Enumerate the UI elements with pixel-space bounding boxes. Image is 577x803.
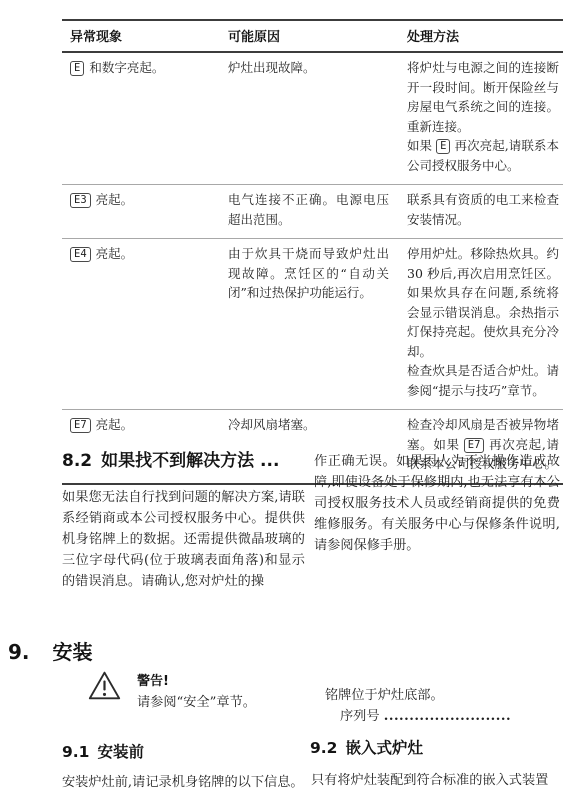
section-8-2: 8.2如果找不到解决方法 ... 如果您无法自行找到问题的解决方案,请联系经销商… <box>62 446 560 592</box>
warning-label: 警告! <box>137 670 256 689</box>
cause-cell: 电气连接不正确。电源电压超出范围。 <box>220 185 399 239</box>
section-title: 如果找不到解决方法 ... <box>101 451 279 471</box>
error-code-badge: E4 <box>70 247 91 262</box>
section-8-2-right-column: 作正确无误。如果因人为不当操作造成故障,即使设备处于保修期内,也无法享有本公司授… <box>314 446 560 592</box>
method-paragraph: 如果E再次亮起,请联系本公司授权服务中心。 <box>407 136 559 175</box>
serial-number-line: 序列号 ......................... <box>340 705 511 724</box>
serial-number-dotted-line: ......................... <box>384 709 511 724</box>
section-title: 嵌入式炉灶 <box>345 739 423 757</box>
method-cell: 联系具有资质的电工来检查安装情况。 <box>399 185 563 239</box>
section-9-2-text: 只有将炉灶装配到符合标准的嵌入式装置 <box>311 769 548 788</box>
chapter-title: 安装 <box>53 640 93 664</box>
symptom-text: 亮起。 <box>96 417 134 432</box>
column-header-method: 处理方法 <box>399 20 563 52</box>
manual-page: 异常现象 可能原因 处理方法 E和数字亮起。 炉灶出现故障。 将炉灶与电源之间的… <box>0 0 577 803</box>
serial-number-label: 序列号 <box>340 709 380 724</box>
section-9-2-heading: 9.2嵌入式炉灶 <box>310 736 423 758</box>
section-9-1-text: 安装炉灶前,请记录机身铭牌的以下信息。 <box>62 771 304 790</box>
error-code-badge: E3 <box>70 193 91 208</box>
method-cell: 停用炉灶。移除热炊具。约 30 秒后,再次启用烹饪区。如果炊具存在问题,系统将会… <box>399 239 563 410</box>
table-row: E3亮起。 电气连接不正确。电源电压超出范围。 联系具有资质的电工来检查安装情况… <box>62 185 563 239</box>
symptom-text: 亮起。 <box>96 246 134 261</box>
warning-triangle-icon <box>88 670 121 701</box>
symptom-cell: E4亮起。 <box>62 239 220 410</box>
section-9-1-heading: 9.1安装前 <box>62 740 144 762</box>
table-header-row: 异常现象 可能原因 处理方法 <box>62 20 563 52</box>
cause-cell: 由于炊具干烧而导致炉灶出现故障。烹饪区的“自动关闭”和过热保护功能运行。 <box>220 239 399 410</box>
chapter-number: 9. <box>8 640 30 664</box>
error-code-badge: E7 <box>70 418 91 433</box>
section-8-2-text-right: 作正确无误。如果因人为不当操作造成故障,即使设备处于保修期内,也无法享有本公司授… <box>314 451 560 556</box>
section-number: 8.2 <box>62 451 92 471</box>
symptom-text: 和数字亮起。 <box>89 60 164 75</box>
method-paragraph: 检查炊具是否适合炉灶。请参阅“提示与技巧”章节。 <box>407 361 559 400</box>
table-row: E4亮起。 由于炊具干烧而导致炉灶出现故障。烹饪区的“自动关闭”和过热保护功能运… <box>62 239 563 410</box>
warning-block: 警告! 请参阅“安全”章节。 <box>88 670 256 713</box>
section-8-2-left-column: 8.2如果找不到解决方法 ... 如果您无法自行找到问题的解决方案,请联系经销商… <box>62 446 305 592</box>
symptom-cell: E3亮起。 <box>62 185 220 239</box>
column-header-symptom: 异常现象 <box>62 20 220 52</box>
symptom-cell: E和数字亮起。 <box>62 52 220 185</box>
troubleshooting-table: 异常现象 可能原因 处理方法 E和数字亮起。 炉灶出现故障。 将炉灶与电源之间的… <box>62 19 563 485</box>
error-code-badge: E <box>436 139 450 154</box>
warning-text: 请参阅“安全”章节。 <box>137 693 256 713</box>
chapter-9-heading: 9.安装 <box>8 636 93 665</box>
method-text: 如果 <box>407 138 432 153</box>
section-title: 安装前 <box>97 743 144 761</box>
column-header-cause: 可能原因 <box>220 20 399 52</box>
nameplate-note: 铭牌位于炉灶底部。 <box>325 684 444 703</box>
table-row: E和数字亮起。 炉灶出现故障。 将炉灶与电源之间的连接断开一段时间。断开保险丝与… <box>62 52 563 185</box>
symptom-text: 亮起。 <box>96 192 134 207</box>
method-paragraph: 将炉灶与电源之间的连接断开一段时间。断开保险丝与房屋电气系统之间的连接。重新连接… <box>407 58 559 136</box>
warning-text-block: 警告! 请参阅“安全”章节。 <box>137 670 256 713</box>
section-number: 9.2 <box>310 739 337 757</box>
section-number: 9.1 <box>62 743 89 761</box>
method-paragraph: 停用炉灶。移除热炊具。约 30 秒后,再次启用烹饪区。如果炊具存在问题,系统将会… <box>407 244 559 361</box>
section-8-2-text-left: 如果您无法自行找到问题的解决方案,请联系经销商或本公司授权服务中心。提供供机身铭… <box>62 487 305 592</box>
method-cell: 将炉灶与电源之间的连接断开一段时间。断开保险丝与房屋电气系统之间的连接。重新连接… <box>399 52 563 185</box>
error-code-badge: E <box>70 61 84 76</box>
section-8-2-heading: 8.2如果找不到解决方法 ... <box>62 446 305 471</box>
cause-cell: 炉灶出现故障。 <box>220 52 399 185</box>
